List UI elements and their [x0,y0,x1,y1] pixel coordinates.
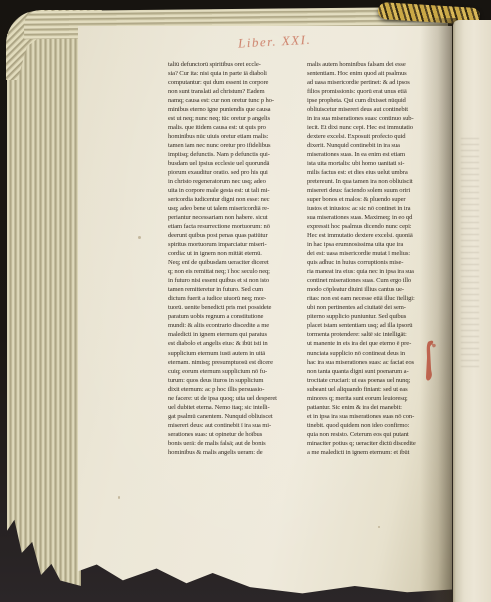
fore-edge-page-stack [7,34,81,586]
bleedthrough-text-marks [461,138,479,368]
facing-page-sliver [453,20,491,602]
open-book-photo: Liber. XXI. taliū defunctorū spiritibus … [0,0,491,602]
red-margin-mark-icon [421,338,439,384]
foxing-speck [118,496,120,499]
text-column-right: malis autem hominibus falsam dei esse se… [307,60,439,460]
text-column-left: taliū defunctorū spiritibus oret eccle- … [168,60,300,460]
running-head-rubric: Liber. XXI. [238,30,339,51]
foxing-speck [378,526,380,528]
foxing-speck [138,236,141,239]
book-page: Liber. XXI. taliū defunctorū spiritibus … [78,26,452,594]
